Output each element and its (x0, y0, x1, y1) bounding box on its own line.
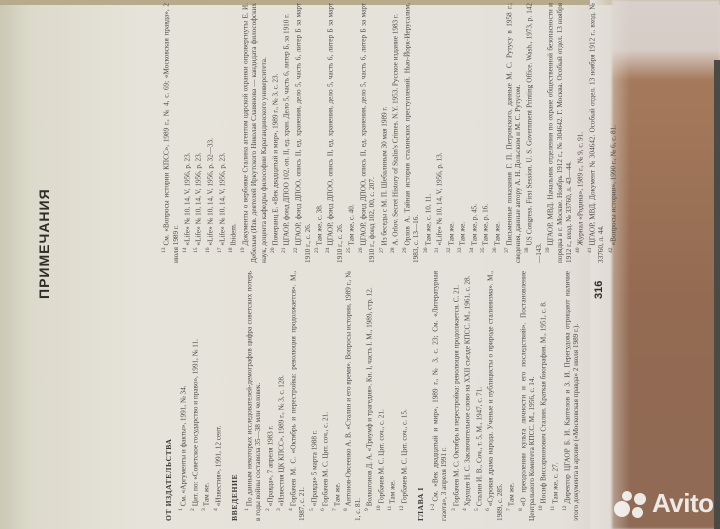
footnote-text: Там же. (459, 222, 467, 246)
footnote-number: 6 (320, 508, 326, 511)
footnote-text: См. «Аргументы и факты», 1991, № 34. (180, 385, 188, 506)
footnote-number: 21 (281, 248, 287, 254)
footnote-number: 7 (332, 508, 338, 511)
footnote-number: 1-2 (430, 504, 436, 511)
footnote: 42«Вопросы истории», 1990 г., № 6, с. 81… (607, 3, 619, 263)
footnote: 34Там же, р. 45. (468, 3, 480, 263)
footnote-text: Ibidem. (230, 223, 238, 245)
footnote-text: ЦГАОР, фонд ДПОО, опись II, ед. хранения… (359, 3, 376, 263)
footnote-number: 4 (288, 508, 294, 511)
footnote: 1-2См. «Век двадцатый и мир», 1989 г., №… (429, 271, 450, 521)
footnote: 11Там же. (386, 271, 398, 521)
footnote-text: Там же, р. 45. (470, 204, 478, 246)
footnote: 4Хрущев Н. С. Заключительное слово на XX… (461, 271, 473, 521)
section-title: ВВЕДЕНИЕ (230, 271, 239, 521)
footnote: 28A. Orlov. Secret History of Stalin's C… (389, 3, 401, 263)
footnote-text: «Life» № 10, 14, V, 1956, p. 23. (218, 152, 226, 245)
footnote: 1По данным некоторых исследователей-демо… (243, 271, 264, 521)
footnote-text: Сталин И. В., Соч., т. 5, М., 1947, с. 7… (475, 387, 483, 506)
footnote-number: 28 (390, 248, 396, 254)
book-page: ПРИМЕЧАНИЯ ОТ ИЗДАТЕЛЬСТВА1См. «Аргумент… (40, 0, 600, 529)
footnote: 31«Life» № 10, 14, V, 1956, p. 13. (433, 3, 445, 263)
footnote-number: 23 (314, 248, 320, 254)
footnote-text: «О преодолении культа личности и его пос… (519, 271, 536, 521)
footnote: 24ЦГАОР, фонд ДПОО, опись II, ед. хранен… (324, 3, 345, 263)
footnote-text: Там же. (333, 483, 341, 507)
footnote-text: Там же, с. 27. (551, 463, 559, 504)
footnote-number: 13 (161, 248, 167, 254)
footnote-number: 12 (399, 506, 405, 512)
footnote: 5Сталин И. В., Соч., т. 5, М., 1947, с. … (473, 271, 485, 521)
footnote-text: Антонов-Овсеенко А. В. «Сталин и его вре… (345, 271, 362, 521)
footnote-number: 11 (550, 506, 556, 511)
footnote: 3Там же. (200, 271, 212, 521)
footnote-text: Там же, с. 38. (315, 204, 323, 245)
footnote-number: 7 (506, 508, 512, 511)
footnote: 27Из беседы с М. П. Шебалиным 30 мая 198… (378, 3, 390, 263)
footnote-text: Журнал «Родина», 1989 г., № 9, с. 91. (577, 132, 585, 246)
footnote-text: Из беседы с М. П. Шебалиным 30 мая 1989 … (380, 107, 388, 246)
footnote-number: 5 (309, 508, 315, 511)
footnote-text: См. «Вопросы истории КПСС», 1989 г., № 4… (162, 3, 179, 263)
footnote-text: Там же. (493, 222, 501, 246)
footnote-text: «Вопросы истории», 1990 г., № 6, с. 81. (609, 125, 617, 245)
avito-watermark: Avito (614, 488, 714, 519)
footnote: 2«Правда», 7 апреля 1983 г. (264, 271, 276, 521)
footnote-text: Горбачев М. С. «Октябрь и перестройка: р… (289, 271, 306, 521)
footnote-text: Иосиф Виссарионович Сталин. Краткая биог… (540, 301, 548, 503)
footnote-number: 36 (492, 248, 498, 254)
footnote-text: Горбачев М. С. Октябрь и перестройка: ре… (452, 285, 460, 506)
footnote-number: 17 (217, 248, 223, 254)
footnote-text: Цит. по: «Советское государство и право»… (191, 339, 199, 506)
background-edge (714, 60, 720, 529)
avito-logo-icon (614, 489, 648, 519)
footnote-number: 31 (434, 248, 440, 254)
footnote: 6Горбачев М. С. Цит. соч., с. 21. (319, 271, 331, 521)
footnote-text: Хрущев Н. С. Заключительное слово на XXI… (464, 276, 472, 507)
footnote: 19Документы о вербовке Сталина агентом ц… (239, 3, 269, 263)
footnote-number: 38 (524, 248, 530, 254)
footnote-text: Там же. (447, 222, 455, 246)
footnote-text: «Life» № 10, 14, V, 1956, p. 32—33. (206, 138, 214, 245)
footnote: 15«Life» № 10, 14, V, 1956, p. 23. (192, 3, 204, 263)
footnote: 3«Известия ЦК КПСС», 1989 г., № 3, с. 12… (275, 271, 287, 521)
footnote: 2Цит. по: «Советское государство и право… (189, 271, 201, 521)
footnote: 12Горбачев М. С. Цит. соч., с. 15. (398, 271, 410, 521)
footnote: 26ЦГАОР, фонд ДПОО, опись II, ед. хранен… (357, 3, 378, 263)
footnote: 38US Congress. First Session. U. S. Gove… (523, 3, 544, 263)
footnote-number: 6 (485, 508, 491, 511)
section-title: ГЛАВА I (416, 271, 425, 521)
footnote-number: 37 (504, 248, 510, 254)
footnote-number: 3 (276, 508, 282, 511)
footnote: 32Там же. (445, 3, 457, 263)
right-column: 13См. «Вопросы истории КПСС», 1989 г., №… (160, 3, 618, 263)
footnote-number: 25 (346, 248, 352, 254)
footnote: 16«Life» № 10, 14, V, 1956, p. 32—33. (204, 3, 216, 263)
footnote-text: Там же. (507, 483, 515, 507)
footnote-text: ЦГАОР, МВД. Документ № 304642. Особый от… (588, 3, 605, 263)
footnote: 30Там же, с. 10, 11. (422, 3, 434, 263)
footnote: 10Горбачев М. С. Цит. соч., с. 21. (375, 271, 387, 521)
footnote: 35Там же, р. 16. (479, 3, 491, 263)
footnote-text: Директор ЦГАОР Б. И. Каптелов и З. И. Пе… (563, 271, 580, 521)
footnote: 11Там же, с. 27. (549, 271, 561, 521)
section-title: ОТ ИЗДАТЕЛЬСТВА (164, 271, 173, 521)
footnote-number: 20 (270, 248, 276, 254)
footnote-text: Документы о вербовке Сталина агентом цар… (241, 3, 267, 263)
footnote-text: Письменные показания Г. П. Петровского, … (505, 3, 522, 263)
footnote-text: ЦГАОР, МВД. Начальник отделения по охран… (547, 3, 573, 263)
footnote-text: «Правда» 5 марта 1988 г. (310, 430, 318, 506)
footnote-text: «Суровая драма народа. Ученые и публицис… (487, 271, 504, 521)
footnote: 7Там же. (505, 271, 517, 521)
footnote-text: US Congress. First Session. U. S. Govern… (526, 3, 543, 263)
footnote: 13См. «Вопросы истории КПСС», 1989 г., №… (160, 3, 181, 263)
footnote: 3Горбачев М. С. Октябрь и перестройка: р… (450, 271, 462, 521)
footnote-number: 4 (213, 508, 219, 511)
footnote-number: 41 (587, 248, 593, 254)
left-column: ОТ ИЗДАТЕЛЬСТВА1См. «Аргументы и факты»,… (158, 271, 581, 521)
footnote: 20Померанц Е. «Век двадцатый и мир», 198… (269, 3, 281, 263)
footnote-number: 16 (205, 248, 211, 254)
footnote-number: 5 (474, 508, 480, 511)
footnote-text: Волкогонов Д. А. «Триумф и трагедия». Кн… (366, 287, 374, 506)
footnote: 22ЦГАОР, фонд ДПОО, опись II, ед. хранен… (292, 3, 313, 263)
footnote-number: 42 (608, 248, 614, 254)
footnote: 33Там же. (456, 3, 468, 263)
footnote-text: Горбачев М. С. Цит. соч., с. 21. (322, 412, 330, 506)
footnote-text: Там же, с. 10, 11. (424, 194, 432, 246)
footnote-text: См. «Век двадцатый и мир», 1989 г., № 3,… (431, 271, 448, 521)
footnote: 41ЦГАОР, МВД. Документ № 304642. Особый … (586, 3, 607, 263)
footnote-text: «Известия ЦК КПСС», 1989 г., № 3, с. 128… (278, 375, 286, 506)
footnote-text: Там же. (389, 480, 397, 504)
footnote-number: 3 (201, 508, 207, 511)
footnote-text: «Известия», 1991, 12 сент. (214, 426, 222, 507)
footnote-number: 30 (423, 248, 429, 254)
footnote-number: 2 (265, 508, 271, 511)
footnote-number: 22 (293, 248, 299, 254)
footnote-number: 9 (364, 508, 370, 511)
footnote-number: 11 (387, 506, 393, 511)
footnote: 1См. «Аргументы и факты», 1991, № 34. (177, 271, 189, 521)
footnote: 39ЦГАОР, МВД. Начальник отделения по охр… (544, 3, 574, 263)
footnote-text: Орлов А. Тайная история сталинских прест… (403, 3, 420, 263)
footnote: 9Волкогонов Д. А. «Триумф и трагедия». К… (363, 271, 375, 521)
footnote-text: Горбачев М. С. Цит. соч., с. 15. (400, 409, 408, 503)
footnote-number: 10 (538, 506, 544, 512)
footnote-number: 15 (193, 248, 199, 254)
footnote: 18Ibidem. (227, 3, 239, 263)
footnote-number: 27 (379, 248, 385, 254)
footnote-number: 33 (457, 248, 463, 254)
footnote-number: 19 (240, 248, 246, 254)
footnote-number: 40 (575, 248, 581, 254)
footnote-number: 35 (480, 248, 486, 254)
footnote: 4Горбачев М. С. «Октябрь и перестройка: … (287, 271, 308, 521)
footnote: 7Там же. (331, 271, 343, 521)
footnote-number: 14 (182, 248, 188, 254)
footnote: 10Иосиф Виссарионович Сталин. Краткая би… (537, 271, 549, 521)
footnote: 8«О преодолении культа личности и его по… (517, 271, 538, 521)
footnote-number: 12 (562, 506, 568, 512)
footnote-text: Померанц Е. «Век двадцатый и мир», 1989 … (271, 74, 279, 246)
footnote-number: 24 (325, 248, 331, 254)
footnote-number: 1 (178, 508, 184, 511)
footnote: 8Антонов-Овсеенко А. В. «Сталин и его вр… (342, 271, 363, 521)
footnote-number: 2 (190, 508, 196, 511)
footnote: 5«Правда» 5 марта 1988 г. (308, 271, 320, 521)
footnote: 37Письменные показания Г. П. Петровского… (503, 3, 524, 263)
footnote: 17«Life» № 10, 14, V, 1956, p. 23. (216, 3, 228, 263)
footnote-number: 26 (358, 248, 364, 254)
footnote-text: Там же, с. 40. (348, 204, 356, 245)
footnote-text: ЦГАОР, фонд ДПОО, опись II, ед. хранения… (294, 3, 311, 263)
footnote-text: «Life» № 10, 14, V, 1956, p. 23. (195, 152, 203, 245)
footnote-number: 39 (545, 248, 551, 254)
footnote: 25Там же, с. 40. (345, 3, 357, 263)
footnote-text: Там же. (203, 483, 211, 507)
footnote-number: 3 (451, 508, 457, 511)
avito-label: Avito (652, 488, 714, 519)
footnote: 12Директор ЦГАОР Б. И. Каптелов и З. И. … (561, 271, 582, 521)
footnote: 29Орлов А. Тайная история сталинских пре… (401, 3, 422, 263)
footnote-text: Там же, р. 16. (482, 204, 490, 246)
footnote-text: «Правда», 7 апреля 1983 г. (266, 426, 274, 507)
page-header: ПРИМЕЧАНИЯ (40, 188, 49, 299)
footnote-text: Горбачев М. С. Цит. соч., с. 21. (377, 409, 385, 503)
footnote-text: По данным некоторых исследователей-демог… (245, 271, 262, 521)
footnote-text: «Life» № 10, 14, V, 1956, p. 23. (183, 152, 191, 245)
footnote: 14«Life» № 10, 14, V, 1956, p. 23. (181, 3, 193, 263)
footnote-number: 8 (518, 508, 524, 511)
footnote-number: 32 (446, 248, 452, 254)
footnote-number: 29 (402, 248, 408, 254)
footnote-text: ЦГАОР, фонд ДПОО, опись II, ед. хранения… (327, 3, 344, 263)
footnote: 36Там же. (491, 3, 503, 263)
footnote-number: 8 (343, 508, 349, 511)
footnote: 23Там же, с. 38. (313, 3, 325, 263)
footnote: 40Журнал «Родина», 1989 г., № 9, с. 91. (574, 3, 586, 263)
footnote-number: 10 (376, 506, 382, 512)
footnote-text: ЦГАОР, фонд ДПОО 102, оп. II, ед. хран. … (283, 14, 291, 246)
page-number: 316 (595, 281, 604, 299)
footnote: 21ЦГАОР, фонд ДПОО 102, оп. II, ед. хран… (280, 3, 292, 263)
footnote-number: 4 (462, 508, 468, 511)
footnote-text: A. Orlov. Secret History of Stalin's Cri… (392, 14, 400, 245)
footnote-text: «Life» № 10, 14, V, 1956, p. 13. (436, 152, 444, 245)
footnote-number: 34 (469, 248, 475, 254)
footnote: 4«Известия», 1991, 12 сент. (212, 271, 224, 521)
footnote-number: 18 (228, 248, 234, 254)
footnote-number: 1 (244, 508, 250, 511)
footnote: 6«Суровая драма народа. Ученые и публици… (484, 271, 505, 521)
